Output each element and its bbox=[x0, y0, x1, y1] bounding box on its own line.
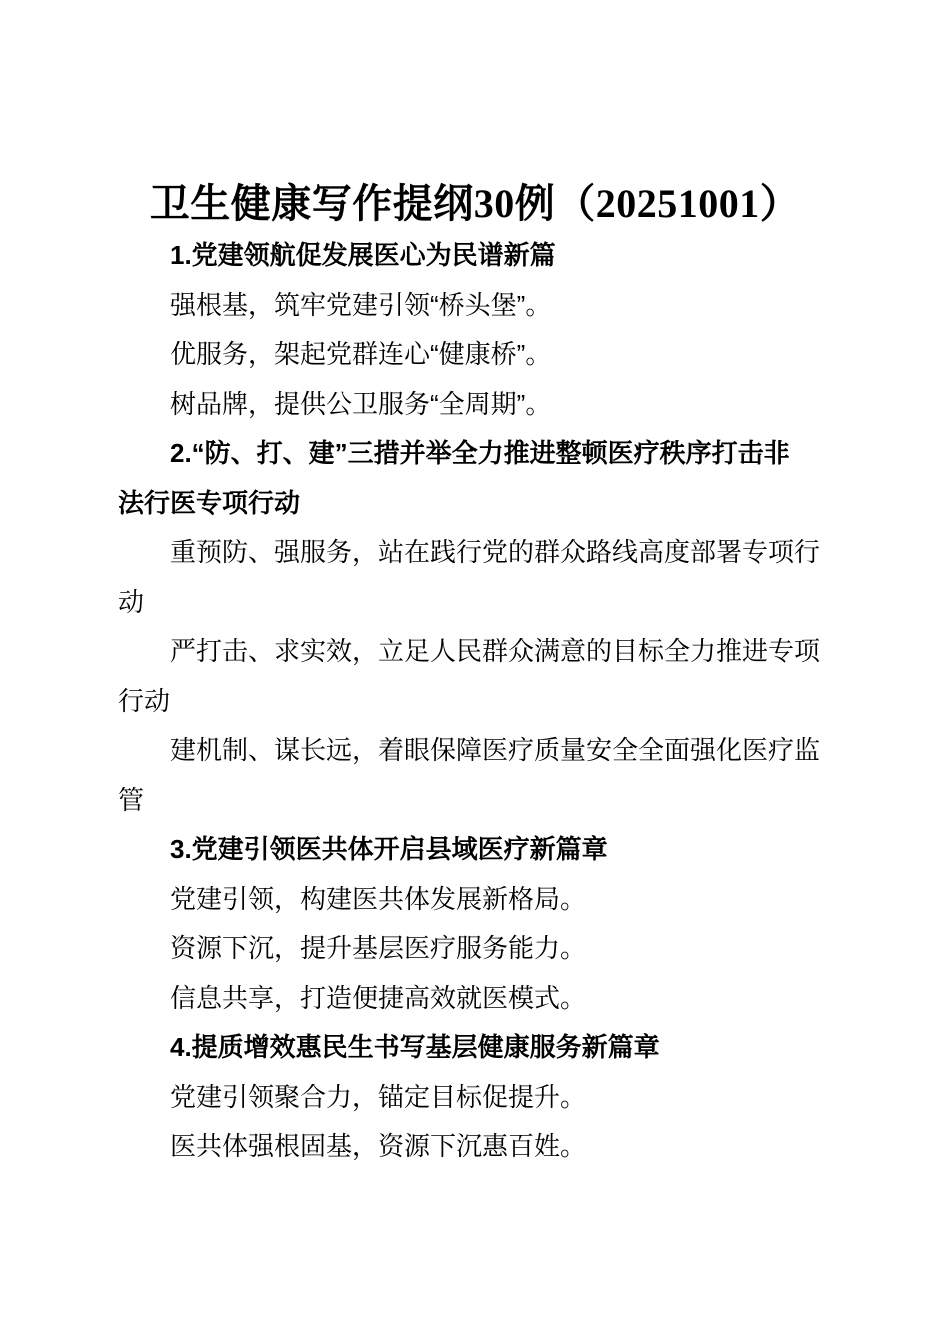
section-2-item-2-line-2: 行动 bbox=[118, 677, 832, 727]
section-3-item-3: 信息共享，打造便捷高效就医模式。 bbox=[118, 974, 832, 1024]
section-2-item-1-line-1: 重预防、强服务，站在践行党的群众路线高度部署专项行 bbox=[118, 528, 832, 578]
section-2-heading-line-2: 法行医专项行动 bbox=[118, 479, 832, 529]
section-1-heading: 1.党建领航促发展医心为民谱新篇 bbox=[118, 231, 832, 281]
section-2-item-1-line-2: 动 bbox=[118, 578, 832, 628]
document-title: 卫生健康写作提纲30例（20251001） bbox=[118, 177, 832, 231]
section-2-item-2-line-1: 严打击、求实效，立足人民群众满意的目标全力推进专项 bbox=[118, 627, 832, 677]
section-3-item-2: 资源下沉，提升基层医疗服务能力。 bbox=[118, 924, 832, 974]
section-4-heading: 4.提质增效惠民生书写基层健康服务新篇章 bbox=[118, 1023, 832, 1073]
section-2-item-3-line-2: 管 bbox=[118, 776, 832, 826]
section-1-item-3: 树品牌，提供公卫服务“全周期”。 bbox=[118, 380, 832, 430]
section-1-item-1: 强根基，筑牢党建引领“桥头堡”。 bbox=[118, 281, 832, 331]
section-3-item-1: 党建引领，构建医共体发展新格局。 bbox=[118, 875, 832, 925]
document-page: 卫生健康写作提纲30例（20251001） 1.党建领航促发展医心为民谱新篇 强… bbox=[0, 0, 950, 1344]
section-3-heading: 3.党建引领医共体开启县域医疗新篇章 bbox=[118, 825, 832, 875]
document-content: 卫生健康写作提纲30例（20251001） 1.党建领航促发展医心为民谱新篇 强… bbox=[118, 0, 832, 1172]
section-1-item-2: 优服务，架起党群连心“健康桥”。 bbox=[118, 330, 832, 380]
section-4-item-2: 医共体强根固基，资源下沉惠百姓。 bbox=[118, 1122, 832, 1172]
section-4-item-1: 党建引领聚合力，锚定目标促提升。 bbox=[118, 1073, 832, 1123]
section-2-heading-line-1: 2.“防、打、建”三措并举全力推进整顿医疗秩序打击非 bbox=[118, 429, 832, 479]
section-2-item-3-line-1: 建机制、谋长远，着眼保障医疗质量安全全面强化医疗监 bbox=[118, 726, 832, 776]
